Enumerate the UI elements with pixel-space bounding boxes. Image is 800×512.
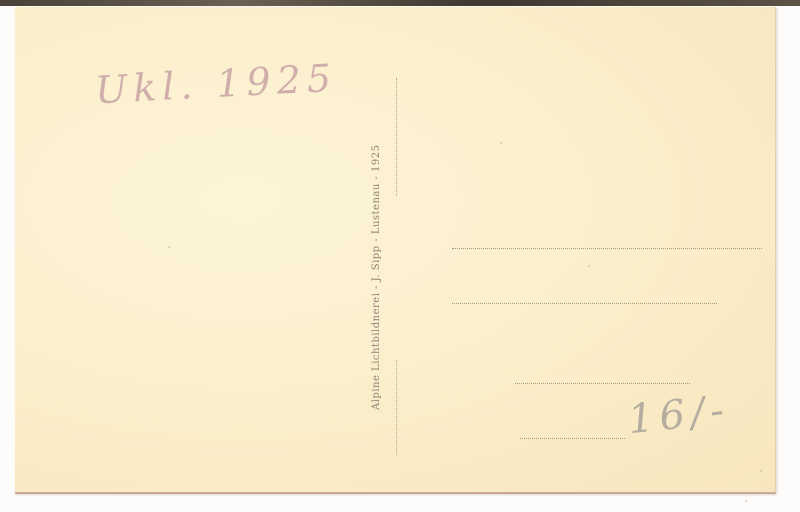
- address-line-1: [452, 248, 762, 249]
- scan-edge-strip: [0, 0, 800, 6]
- publisher-imprint: Alpine Lichtbildnerei - J. Sipp - Lusten…: [371, 144, 382, 410]
- paper-speck: [500, 142, 502, 144]
- address-line-2: [452, 303, 717, 304]
- center-divider-bottom: [396, 360, 397, 455]
- address-line-4: [520, 438, 625, 439]
- paper-speck: [745, 500, 747, 502]
- paper-speck: [588, 265, 590, 267]
- paper-speck: [168, 246, 170, 248]
- center-divider-top: [396, 78, 397, 196]
- paper-speck: [760, 470, 762, 472]
- address-line-3: [515, 383, 690, 384]
